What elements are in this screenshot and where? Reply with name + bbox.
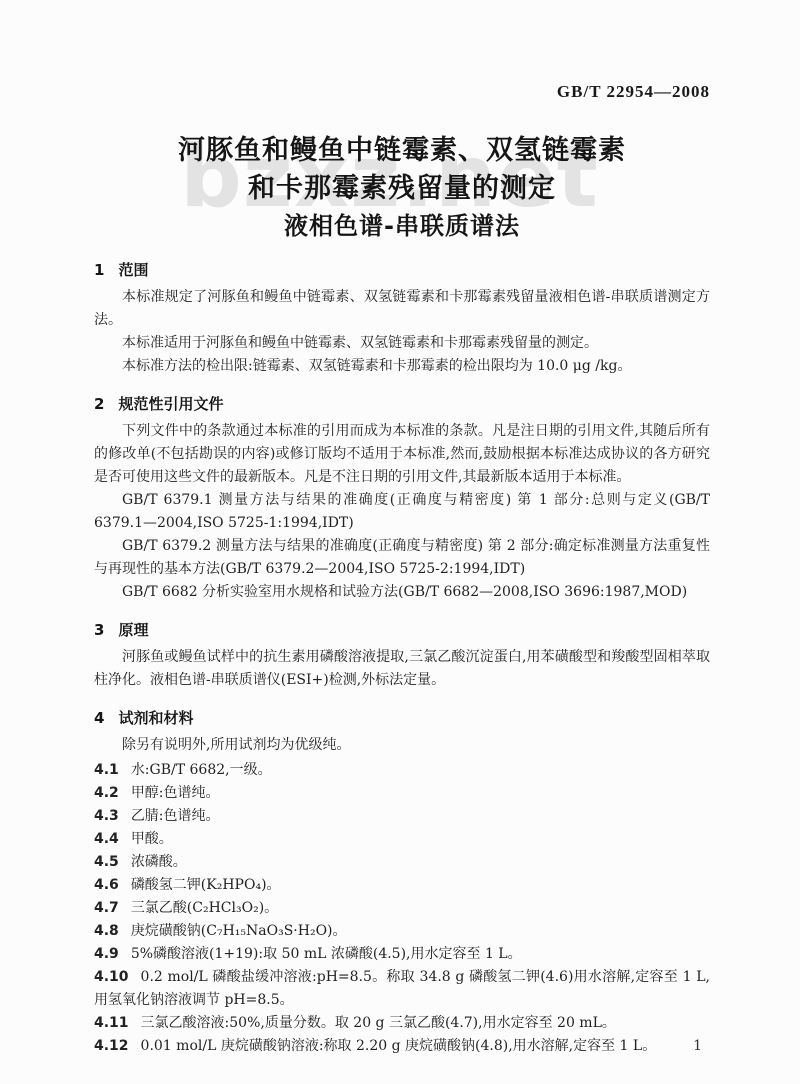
clause-text: 水:GB/T 6682,一级。 [131, 762, 272, 778]
standard-number: GB/T 22954—2008 [94, 0, 710, 102]
clause-number: 4.5 [94, 854, 119, 870]
title-line-1: 河豚鱼和鳗鱼中链霉素、双氢链霉素 [94, 132, 710, 170]
section-number: 3 [94, 621, 104, 639]
reagent-item: 4.95%磷酸溶液(1+19):取 50 mL 浓磷酸(4.5),用水定容至 1… [94, 943, 710, 966]
clause-text: 磷酸氢二钾(K₂HPO₄)。 [131, 877, 281, 893]
page-number: 1 [693, 1038, 702, 1054]
clause-number: 4.8 [94, 923, 119, 939]
reagents-intro-paragraph: 除另有说明外,所用试剂均为优级纯。 [94, 734, 710, 757]
reagent-item: 4.6磷酸氢二钾(K₂HPO₄)。 [94, 874, 710, 897]
clause-text: 乙腈:色谱纯。 [131, 808, 220, 824]
clause-number: 4.10 [94, 969, 129, 985]
clause-text: 5%磷酸溶液(1+19):取 50 mL 浓磷酸(4.5),用水定容至 1 L。 [131, 946, 522, 962]
reagent-item: 4.1水:GB/T 6682,一级。 [94, 759, 710, 782]
document-title-block: bzxz.net 河豚鱼和鳗鱼中链霉素、双氢链霉素 和卡那霉素残留量的测定 液相… [94, 132, 710, 244]
section-heading-scope: 1范围 [94, 260, 710, 280]
clause-number: 4.9 [94, 946, 119, 962]
section-title: 范围 [118, 261, 148, 279]
section-heading-references: 2规范性引用文件 [94, 394, 710, 414]
section-title: 试剂和材料 [118, 709, 193, 727]
clause-number: 4.12 [94, 1038, 129, 1054]
clause-number: 4.6 [94, 877, 119, 893]
clause-text: 浓磷酸。 [131, 854, 187, 870]
section-number: 1 [94, 261, 104, 279]
reagent-item: 4.5浓磷酸。 [94, 851, 710, 874]
title-line-3: 液相色谱-串联质谱法 [94, 208, 710, 244]
clause-number: 4.4 [94, 831, 119, 847]
reference-entry-2: GB/T 6379.2 测量方法与结果的准确度(正确度与精密度) 第 2 部分:… [94, 535, 710, 581]
section-title: 原理 [118, 621, 148, 639]
reference-entry-3: GB/T 6682 分析实验室用水规格和试验方法(GB/T 6682—2008,… [94, 581, 710, 604]
scope-paragraph-3: 本标准方法的检出限:链霉素、双氢链霉素和卡那霉素的检出限均为 10.0 μg /… [94, 355, 710, 378]
reagent-item: 4.8庚烷磺酸钠(C₇H₁₅NaO₃S·H₂O)。 [94, 920, 710, 943]
reagent-item: 4.120.01 mol/L 庚烷磺酸钠溶液:称取 2.20 g 庚烷磺酸钠(4… [94, 1035, 710, 1058]
clause-number: 4.1 [94, 762, 119, 778]
section-number: 2 [94, 395, 104, 413]
reagent-item: 4.11三氯乙酸溶液:50%,质量分数。取 20 g 三氯乙酸(4.7),用水定… [94, 1012, 710, 1035]
clause-number: 4.11 [94, 1015, 129, 1031]
reference-entry-1: GB/T 6379.1 测量方法与结果的准确度(正确度与精密度) 第 1 部分:… [94, 489, 710, 535]
section-title: 规范性引用文件 [118, 395, 223, 413]
clause-text: 甲酸。 [131, 831, 173, 847]
reagent-item-list: 4.1水:GB/T 6682,一级。 4.2甲醇:色谱纯。 4.3乙腈:色谱纯。… [94, 759, 710, 1058]
clause-text: 三氯乙酸(C₂HCl₃O₂)。 [131, 900, 278, 916]
section-number: 4 [94, 709, 104, 727]
scope-paragraph-1: 本标准规定了河豚鱼和鳗鱼中链霉素、双氢链霉素和卡那霉素残留量液相色谱-串联质谱测… [94, 286, 710, 332]
reagent-item: 4.3乙腈:色谱纯。 [94, 805, 710, 828]
page-content: GB/T 22954—2008 bzxz.net 河豚鱼和鳗鱼中链霉素、双氢链霉… [94, 0, 710, 1058]
reagent-item: 4.100.2 mol/L 磷酸盐缓冲溶液:pH=8.5。称取 34.8 g 磷… [94, 966, 710, 1012]
references-intro-paragraph: 下列文件中的条款通过本标准的引用而成为本标准的条款。凡是注日期的引用文件,其随后… [94, 420, 710, 489]
section-heading-principle: 3原理 [94, 620, 710, 640]
standard-document-page: GB/T 22954—2008 bzxz.net 河豚鱼和鳗鱼中链霉素、双氢链霉… [0, 0, 800, 1084]
section-heading-reagents: 4试剂和材料 [94, 708, 710, 728]
clause-text: 甲醇:色谱纯。 [131, 785, 220, 801]
clause-text: 三氯乙酸溶液:50%,质量分数。取 20 g 三氯乙酸(4.7),用水定容至 2… [141, 1015, 616, 1031]
clause-text: 0.2 mol/L 磷酸盐缓冲溶液:pH=8.5。称取 34.8 g 磷酸氢二钾… [94, 969, 710, 1008]
reagent-item: 4.2甲醇:色谱纯。 [94, 782, 710, 805]
title-line-2: 和卡那霉素残留量的测定 [94, 170, 710, 208]
clause-number: 4.7 [94, 900, 119, 916]
scope-paragraph-2: 本标准适用于河豚鱼和鳗鱼中链霉素、双氢链霉素和卡那霉素残留量的测定。 [94, 332, 710, 355]
clause-text: 庚烷磺酸钠(C₇H₁₅NaO₃S·H₂O)。 [131, 923, 347, 939]
reagent-item: 4.7三氯乙酸(C₂HCl₃O₂)。 [94, 897, 710, 920]
clause-number: 4.3 [94, 808, 119, 824]
principle-paragraph: 河豚鱼或鳗鱼试样中的抗生素用磷酸溶液提取,三氯乙酸沉淀蛋白,用苯磺酸型和羧酸型固… [94, 646, 710, 692]
clause-text: 0.01 mol/L 庚烷磺酸钠溶液:称取 2.20 g 庚烷磺酸钠(4.8),… [141, 1038, 657, 1054]
reagent-item: 4.4甲酸。 [94, 828, 710, 851]
clause-number: 4.2 [94, 785, 119, 801]
